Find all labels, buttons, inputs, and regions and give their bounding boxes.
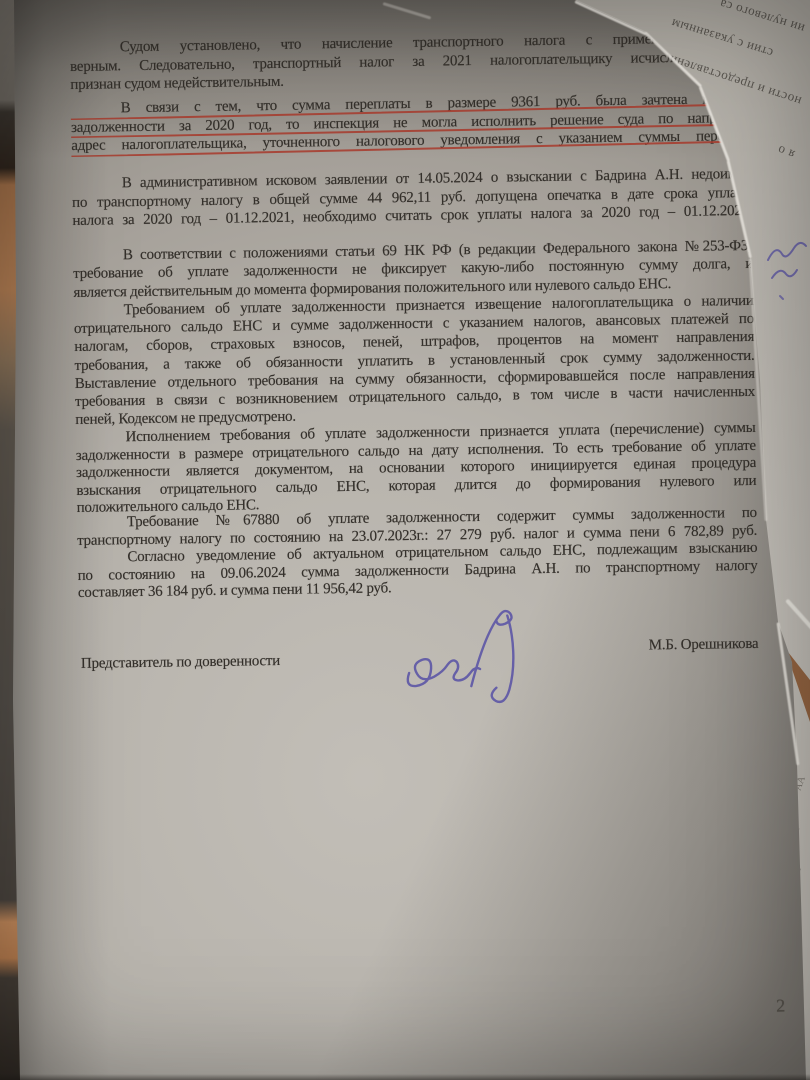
document-page: Судом установлено, что начисление трансп… <box>0 0 810 1080</box>
page-number: 2 <box>776 996 785 1017</box>
signatory-name: М.Б. Орешникова <box>649 636 759 655</box>
signature-role-label: Представитель по доверенности <box>81 653 280 673</box>
sheet-text-fragment: я о <box>775 142 797 163</box>
document-text: Судом установлено, что начисление трансп… <box>0 0 810 1080</box>
paragraph: В соответствии с положениями статьи 69 Н… <box>73 238 753 248</box>
paragraph: В административном исковом заявлении от … <box>72 166 752 176</box>
pen-scribble-icon <box>762 232 810 304</box>
photo-shadow-bottom <box>0 1074 810 1080</box>
photo-of-document: ии нулевого састии с указаннымности и пр… <box>0 0 810 1080</box>
handwritten-signature <box>396 605 538 717</box>
signature-row: Представитель по доверенности М.Б. Орешн… <box>79 630 770 700</box>
sheet-text-fragment: ии нулевого са <box>717 0 806 37</box>
